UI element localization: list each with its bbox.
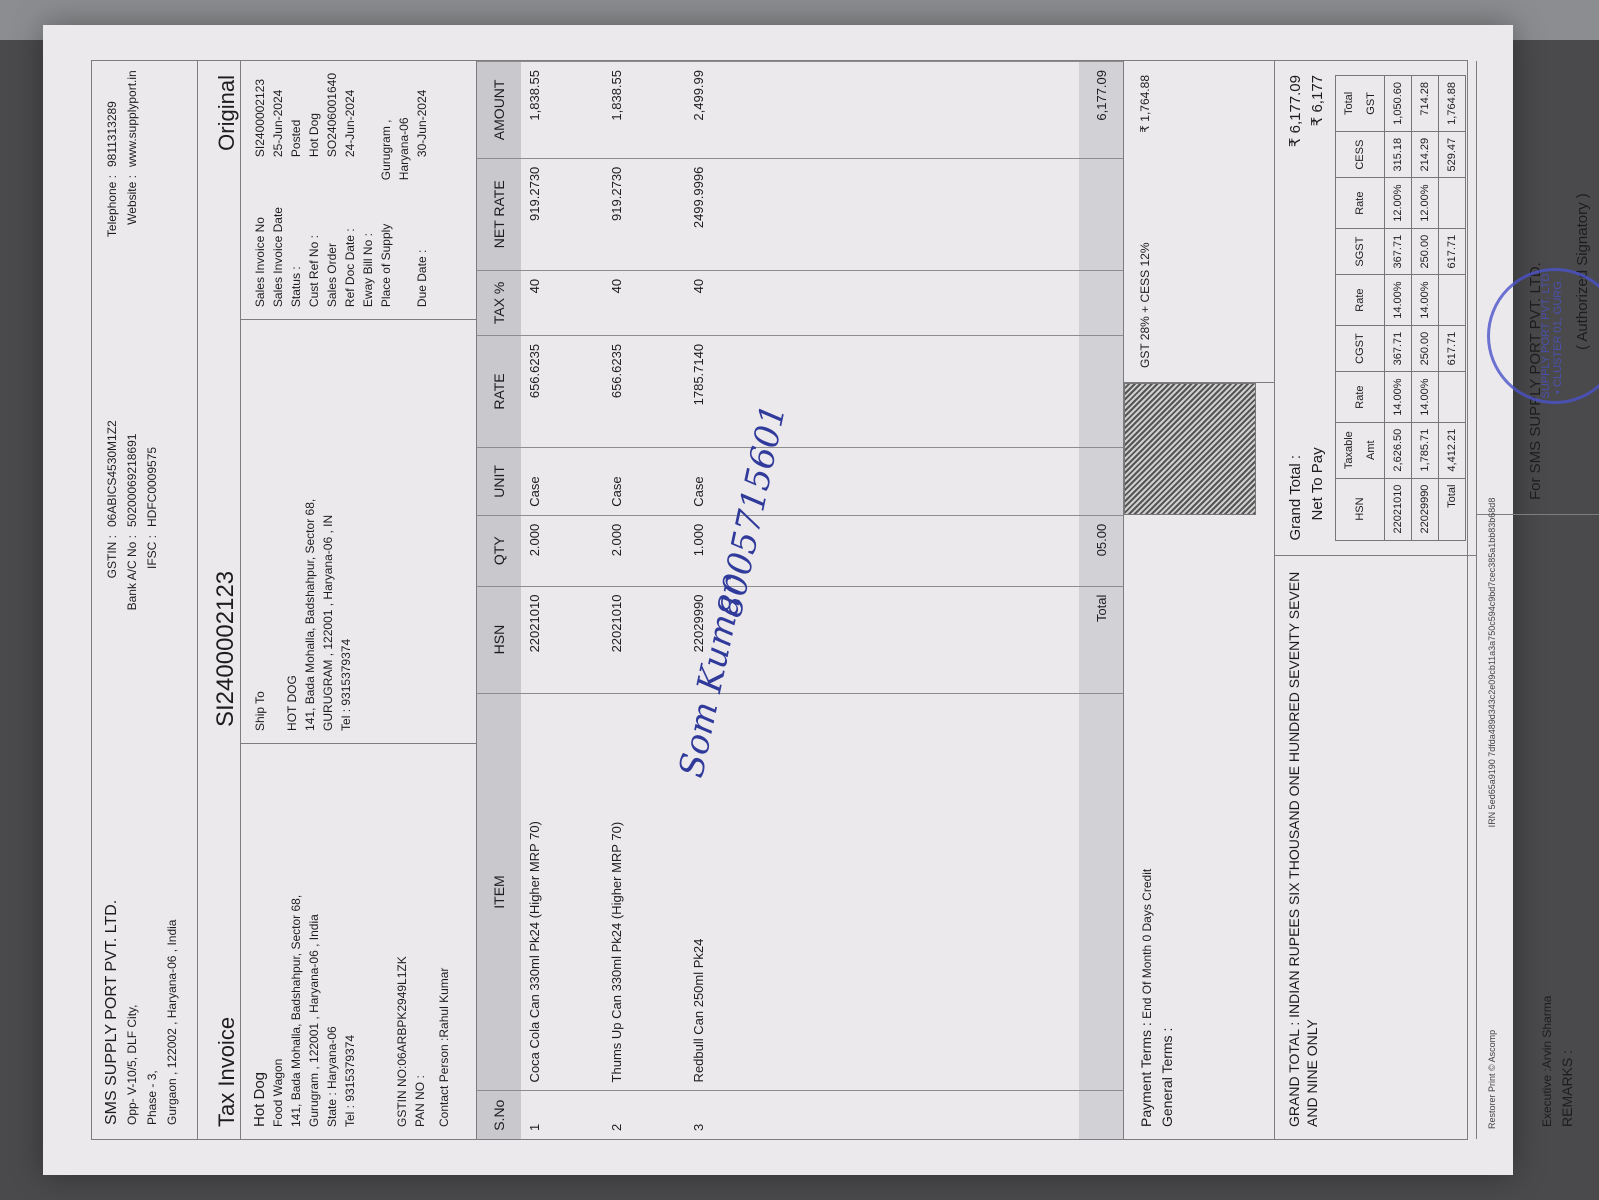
items-column-header: HSN (477, 586, 521, 693)
website-label: Website : (122, 175, 142, 285)
ifsc-code: HDFC0009575 (142, 447, 162, 527)
bill-to-line: Gurugram , 122001 , Haryana-06 , India (305, 756, 323, 1127)
irn-number: IRN 5ed65a9190 7dfda489d343c2e09cb11a3a7… (1487, 498, 1497, 828)
ship-to-line: Tel : 9315379374 (337, 332, 355, 731)
meta-row: Place of SupplyGurugram , Haryana-06 (377, 73, 413, 307)
hsn-cell (1438, 178, 1465, 228)
ship-to: Ship To HOT DOG 141, Bada Mohalla, Badsh… (241, 319, 476, 743)
meta-value: SI2400002123 (251, 79, 269, 157)
table-row: 1Coca Cola Can 330ml Pk24 (Higher MRP 70… (521, 62, 603, 1140)
table-cell: 40 (603, 270, 685, 335)
bill-to-line: 141, Bada Mohalla, Badshahpur, Sector 68… (287, 756, 305, 1127)
ship-to-line: 141, Bada Mohalla, Badshahpur, Sector 68… (301, 332, 319, 731)
parties-section: Hot Dog Food Wagon 141, Bada Mohalla, Ba… (241, 61, 477, 1139)
hsn-column-header: CESS (1335, 131, 1384, 178)
table-cell: Case (521, 448, 603, 516)
table-cell: 2.000 (521, 515, 603, 586)
hsn-row: 220210102,626.5014.00%367.7114.00%367.71… (1384, 76, 1411, 541)
bill-to-line: Tel : 9315379374 (341, 756, 359, 1127)
bill-to: Hot Dog Food Wagon 141, Bada Mohalla, Ba… (241, 743, 476, 1139)
telephone-label: Telephone : (102, 175, 122, 285)
bill-to-gstin: GSTIN NO:06ARBPK2949L1ZK (393, 756, 411, 1127)
company-header: SMS SUPPLY PORT PVT. LTD. Opp- V-10/5, D… (92, 61, 198, 1139)
table-cell: 656.6235 (521, 335, 603, 447)
hsn-cell: 22021010 (1384, 478, 1411, 540)
bank-label: Bank A/C No : (122, 535, 142, 645)
hsn-cell: 1,050.60 (1384, 76, 1411, 132)
hsn-column-header: Rate (1335, 275, 1384, 325)
meta-value: Gurugram , Haryana-06 (377, 73, 413, 180)
ship-to-label: Ship To (251, 332, 269, 731)
net-to-pay-label: Net To Pay (1307, 447, 1329, 540)
items-column-header: AMOUNT (477, 62, 521, 159)
table-cell: 40 (685, 270, 767, 335)
meta-row: Due Date :30-Jun-2024 (413, 73, 431, 307)
meta-value: SO2406001640 (323, 73, 341, 157)
company-website: www.supplyport.in (122, 70, 142, 167)
company-contact-block: Telephone :9811313289 Website :www.suppl… (92, 61, 197, 285)
hsn-cell: 315.18 (1384, 131, 1411, 178)
table-cell: 656.6235 (603, 335, 685, 447)
items-column-header: S.No (477, 1091, 521, 1139)
hsn-row: Total4,412.21617.71617.71529.471,764.88 (1438, 76, 1465, 541)
meta-key: Sales Invoice Date (269, 157, 287, 307)
irn-line: Restorer Print © Ascomp IRN 5ed65a9190 7… (1487, 498, 1497, 1129)
table-row: 2Thums Up Can 330ml Pk24 (Higher MRP 70)… (603, 62, 685, 1140)
table-cell: Coca Cola Can 330ml Pk24 (Higher MRP 70) (521, 693, 603, 1091)
gst-amount: ₹ 1,764.88 (1138, 75, 1260, 133)
hsn-cell: 1,764.88 (1438, 76, 1465, 132)
grand-total-value: ₹ 6,177.09 (1285, 75, 1307, 147)
company-address-1: Opp- V-10/5, DLF City, (122, 655, 142, 1125)
hsn-cell: 14.00% (1384, 372, 1411, 422)
meta-row: Cust Ref No :Hot Dog (305, 73, 323, 307)
items-column-header: TAX % (477, 270, 521, 335)
meta-key: Ref Doc Date : (341, 157, 359, 307)
hsn-cell (1438, 275, 1465, 325)
items-column-header: QTY (477, 515, 521, 586)
meta-row: Sales Invoice Date25-Jun-2024 (269, 73, 287, 307)
meta-key: Sales Invoice No (251, 157, 269, 307)
hsn-cell: 714.28 (1411, 76, 1438, 132)
grand-total-label: Grand Total : (1285, 455, 1307, 541)
hsn-cell: Total (1438, 478, 1465, 540)
bill-to-pan: PAN NO : (411, 756, 429, 1127)
hsn-cell: 529.47 (1438, 131, 1465, 178)
company-address-2: Phase - 3, (142, 655, 162, 1125)
ship-to-line: HOT DOG (283, 332, 301, 731)
hsn-column-header: HSN (1335, 478, 1384, 540)
invoice-meta: Sales Invoice NoSI2400002123Sales Invoic… (241, 61, 476, 319)
company-telephone: 9811313289 (102, 101, 122, 167)
title-bar: Tax Invoice SI2400002123 Original (198, 61, 241, 1139)
table-cell: 22021010 (603, 586, 685, 693)
table-cell: 3 (685, 1091, 767, 1139)
meta-key: Cust Ref No : (305, 157, 323, 307)
hsn-cell: 12.00% (1411, 178, 1438, 228)
executive-name: Executive :Arvin Sharma (1537, 527, 1557, 1127)
hsn-cell: 617.71 (1438, 325, 1465, 372)
items-column-header: UNIT (477, 448, 521, 516)
gst-summary: GST 28% + CESS 12% ₹ 1,764.88 (1124, 61, 1274, 383)
table-cell: 2.000 (603, 515, 685, 586)
terms-block: Payment Terms : End Of Month 0 Days Cred… (1124, 515, 1274, 1139)
bill-to-line: State : Haryana-06 (323, 756, 341, 1127)
items-total-row: Total05.006,177.09 (1079, 62, 1123, 1140)
net-to-pay-value: ₹ 6,177 (1307, 75, 1329, 126)
hsn-cell: 2,626.50 (1384, 422, 1411, 478)
gstin-label: GSTIN : (102, 535, 122, 645)
bill-to-line: Food Wagon (269, 756, 287, 1127)
meta-value: Posted (287, 120, 305, 157)
meta-value: 30-Jun-2024 (413, 90, 431, 157)
company-block: SMS SUPPLY PORT PVT. LTD. Opp- V-10/5, D… (92, 645, 197, 1139)
table-cell: 2,499.99 (685, 62, 767, 159)
doc-type-title: Tax Invoice (214, 727, 240, 1139)
hsn-cell: 14.00% (1384, 275, 1411, 325)
hsn-cell: 250.00 (1411, 228, 1438, 275)
company-gstin: 06ABICS4530M1Z2 (102, 420, 122, 527)
table-cell: 40 (521, 270, 603, 335)
hsn-cell: 14.00% (1411, 275, 1438, 325)
total-amount: 6,177.09 (1079, 62, 1123, 159)
hsn-cell: 1,785.71 (1411, 422, 1438, 478)
company-stamp: SUPPLY PORT PVT. LTD • CLUSTER 01, GURG. (1487, 268, 1599, 404)
meta-key: Status : (287, 157, 305, 307)
meta-row: Eway Bill No : (359, 73, 377, 307)
meta-key: Due Date : (413, 157, 431, 307)
hsn-summary-table: HSNTaxable AmtRateCGSTRateSGSTRateCESSTo… (1335, 75, 1466, 541)
gst-note: GST 28% + CESS 12% (1138, 242, 1260, 368)
hsn-cell: 367.71 (1384, 228, 1411, 275)
table-cell: Case (603, 448, 685, 516)
hsn-cell: 4,412.21 (1438, 422, 1465, 478)
ship-to-line: GURUGRAM , 122001 , Haryana-06 , IN (319, 332, 337, 731)
table-cell: 22021010 (521, 586, 603, 693)
company-bank-block: GSTIN :06ABICS4530M1Z2 Bank A/C No :5020… (92, 285, 197, 645)
hsn-cell: 12.00% (1384, 178, 1411, 228)
hsn-column-header: CGST (1335, 325, 1384, 372)
hsn-cell: 617.71 (1438, 228, 1465, 275)
table-cell: 1,838.55 (521, 62, 603, 159)
meta-value: 25-Jun-2024 (269, 90, 287, 157)
total-qty: 05.00 (1079, 515, 1123, 586)
meta-row: Sales Invoice NoSI2400002123 (251, 73, 269, 307)
meta-key: Place of Supply (377, 180, 413, 307)
invoice-page: SMS SUPPLY PORT PVT. LTD. Opp- V-10/5, D… (43, 25, 1513, 1175)
signature-block: For SMS SUPPLY PORT PVT. LTD. ( Authoriz… (1477, 61, 1599, 515)
hsn-column-header: Total GST (1335, 76, 1384, 132)
table-cell: 1,838.55 (603, 62, 685, 159)
table-cell: Thums Up Can 330ml Pk24 (Higher MRP 70) (603, 693, 685, 1091)
hsn-cell (1438, 372, 1465, 422)
hsn-column-header: SGST (1335, 228, 1384, 275)
hsn-cell: 22029990 (1411, 478, 1438, 540)
hsn-cell: 250.00 (1411, 325, 1438, 372)
hsn-column-header: Taxable Amt (1335, 422, 1384, 478)
items-table: S.NoITEMHSNQTYUNITRATETAX %NET RATEAMOUN… (477, 61, 1123, 1139)
invoice-sheet: SMS SUPPLY PORT PVT. LTD. Opp- V-10/5, D… (91, 60, 1468, 1140)
bill-to-contact: Contact Person :Rahul Kumar (435, 756, 453, 1127)
payment-terms-value: End Of Month 0 Days Credit (1140, 869, 1154, 1019)
items-column-header: RATE (477, 335, 521, 447)
table-cell: 919.2730 (603, 158, 685, 270)
meta-key: Sales Order (323, 157, 341, 307)
copy-label: Original (214, 61, 240, 151)
meta-value: Hot Dog (305, 113, 323, 157)
table-cell: 1 (521, 1091, 603, 1139)
company-name: SMS SUPPLY PORT PVT. LTD. (102, 655, 122, 1125)
remarks-label: REMARKS : (1557, 527, 1577, 1127)
meta-key: Eway Bill No : (359, 157, 377, 307)
bill-to-name: Hot Dog (251, 756, 269, 1127)
meta-row: Status :Posted (287, 73, 305, 307)
totals-section: GRAND TOTAL : INDIAN RUPEES SIX THOUSAND… (1274, 61, 1476, 1139)
terms-section: Payment Terms : End Of Month 0 Days Cred… (1123, 61, 1274, 1139)
meta-row: Sales OrderSO2406001640 (323, 73, 341, 307)
meta-value: 24-Jun-2024 (341, 90, 359, 157)
total-label: Total (1079, 586, 1123, 693)
powered-by: Restorer Print © Ascomp (1487, 1030, 1497, 1129)
hsn-cell: 367.71 (1384, 325, 1411, 372)
hsn-column-header: Rate (1335, 372, 1384, 422)
items-column-header: NET RATE (477, 158, 521, 270)
amount-in-words: GRAND TOTAL : INDIAN RUPEES SIX THOUSAND… (1275, 556, 1476, 1139)
hsn-cell: 214.29 (1411, 131, 1438, 178)
table-cell: 2499.9996 (685, 158, 767, 270)
company-address-3: Gurgaon , 122002 , Haryana-06 , India (162, 655, 182, 1125)
table-cell: 2 (603, 1091, 685, 1139)
general-terms-label: General Terms : (1157, 527, 1177, 1127)
qr-code (1124, 383, 1256, 515)
hsn-column-header: Rate (1335, 178, 1384, 228)
hsn-cell: 14.00% (1411, 372, 1438, 422)
invoice-number: SI2400002123 (212, 151, 240, 727)
grand-total-block: Grand Total :₹ 6,177.09 Net To Pay₹ 6,17… (1275, 61, 1476, 556)
items-column-header: ITEM (477, 693, 521, 1091)
table-cell: 919.2730 (521, 158, 603, 270)
bank-account: 50200069218691 (122, 434, 142, 527)
meta-row: Ref Doc Date :24-Jun-2024 (341, 73, 359, 307)
ifsc-label: IFSC : (142, 535, 162, 645)
hsn-row: 220299901,785.7114.00%250.0014.00%250.00… (1411, 76, 1438, 541)
payment-terms-label: Payment Terms : (1138, 1022, 1154, 1127)
